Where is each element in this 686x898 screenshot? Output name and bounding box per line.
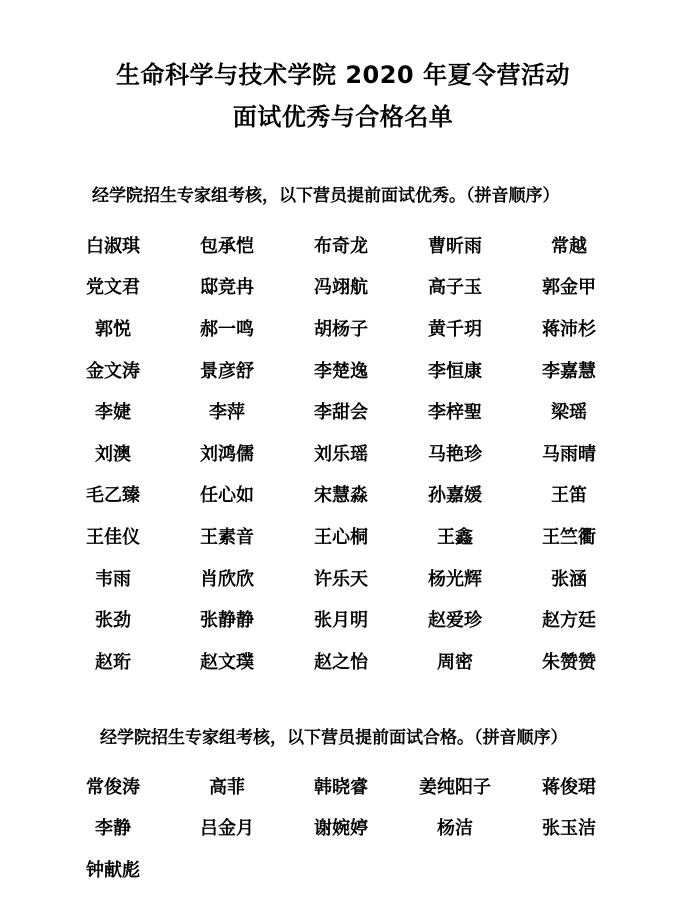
name-cell: 韩晓睿	[284, 773, 398, 799]
name-cell: 钟献彪	[56, 856, 170, 882]
name-cell: 李恒康	[398, 357, 512, 383]
qualified-name-grid: 常俊涛 高菲 韩晓睿 姜纯阳子 蒋俊珺 李静 吕金月 谢婉婷 杨洁 张玉洁 钟献…	[56, 765, 626, 890]
name-cell: 冯翊航	[284, 273, 398, 299]
name-cell: 刘澳	[56, 440, 170, 466]
name-cell: 许乐天	[284, 565, 398, 591]
name-cell: 吕金月	[170, 814, 284, 840]
name-cell: 王竺衢	[512, 523, 626, 549]
name-cell: 曹昕雨	[398, 232, 512, 258]
excellent-name-grid: 白淑琪 包承恺 布奇龙 曹昕雨 常越 党文君 邸竞冉 冯翊航 高子玉 郭金甲 郭…	[56, 224, 626, 682]
name-cell: 王鑫	[398, 523, 512, 549]
name-cell: 王心桐	[284, 523, 398, 549]
name-cell: 杨洁	[398, 814, 512, 840]
name-cell: 马雨晴	[512, 440, 626, 466]
name-cell: 王佳仪	[56, 523, 170, 549]
name-cell: 王素音	[170, 523, 284, 549]
name-cell: 谢婉婷	[284, 814, 398, 840]
name-row: 毛乙臻 任心如 宋慧淼 孙嘉媛 王笛	[56, 474, 626, 516]
name-row: 李静 吕金月 谢婉婷 杨洁 张玉洁	[56, 807, 626, 849]
name-cell: 包承恺	[170, 232, 284, 258]
name-row: 钟献彪	[56, 848, 626, 890]
name-cell: 韦雨	[56, 565, 170, 591]
name-cell: 毛乙臻	[56, 481, 170, 507]
name-cell: 孙嘉媛	[398, 481, 512, 507]
name-cell: 赵文璞	[170, 648, 284, 674]
name-row: 张劲 张静静 张月明 赵爱珍 赵方廷	[56, 598, 626, 640]
name-cell: 刘乐瑶	[284, 440, 398, 466]
name-cell: 白淑琪	[56, 232, 170, 258]
document-title-line2: 面试优秀与合格名单	[0, 97, 686, 132]
name-cell: 李萍	[170, 398, 284, 424]
name-cell: 李嘉慧	[512, 357, 626, 383]
name-cell: 李楚逸	[284, 357, 398, 383]
name-cell: 蒋沛杉	[512, 315, 626, 341]
name-cell: 赵珩	[56, 648, 170, 674]
name-cell: 肖欣欣	[170, 565, 284, 591]
name-cell: 李梓聖	[398, 398, 512, 424]
name-cell: 胡杨子	[284, 315, 398, 341]
name-row: 李婕 李萍 李甜会 李梓聖 梁瑶	[56, 390, 626, 432]
document-title-line1: 生命科学与技术学院 2020 年夏令营活动	[0, 55, 686, 90]
name-cell: 马艳珍	[398, 440, 512, 466]
name-cell: 高菲	[170, 773, 284, 799]
name-cell: 金文涛	[56, 357, 170, 383]
excellent-section-heading: 经学院招生专家组考核，以下营员提前面试优秀。（拼音顺序）	[92, 181, 560, 206]
name-cell: 杨光辉	[398, 565, 512, 591]
name-row: 党文君 邸竞冉 冯翊航 高子玉 郭金甲	[56, 266, 626, 308]
name-cell: 景彦舒	[170, 357, 284, 383]
qualified-section-heading: 经学院招生专家组考核，以下营员提前面试合格。（拼音顺序）	[100, 723, 568, 748]
name-cell: 梁瑶	[512, 398, 626, 424]
name-cell: 张静静	[170, 606, 284, 632]
name-cell: 郭悦	[56, 315, 170, 341]
name-cell: 郭金甲	[512, 273, 626, 299]
name-cell: 党文君	[56, 273, 170, 299]
name-cell: 蒋俊珺	[512, 773, 626, 799]
name-cell: 李婕	[56, 398, 170, 424]
name-cell: 黄千玥	[398, 315, 512, 341]
name-cell: 周密	[398, 648, 512, 674]
name-row: 刘澳 刘鸿儒 刘乐瑶 马艳珍 马雨晴	[56, 432, 626, 474]
name-cell: 宋慧淼	[284, 481, 398, 507]
name-cell: 姜纯阳子	[398, 773, 512, 799]
name-row: 王佳仪 王素音 王心桐 王鑫 王竺衢	[56, 515, 626, 557]
name-cell: 常俊涛	[56, 773, 170, 799]
name-cell: 任心如	[170, 481, 284, 507]
name-cell: 郝一鸣	[170, 315, 284, 341]
name-cell: 刘鸿儒	[170, 440, 284, 466]
name-cell: 赵之怡	[284, 648, 398, 674]
name-cell: 李静	[56, 814, 170, 840]
name-cell: 张涵	[512, 565, 626, 591]
name-cell: 赵方廷	[512, 606, 626, 632]
name-cell: 张劲	[56, 606, 170, 632]
name-row: 赵珩 赵文璞 赵之怡 周密 朱赞赞	[56, 640, 626, 682]
name-cell: 朱赞赞	[512, 648, 626, 674]
name-cell: 赵爱珍	[398, 606, 512, 632]
name-cell: 李甜会	[284, 398, 398, 424]
name-cell: 常越	[512, 232, 626, 258]
name-cell: 邸竞冉	[170, 273, 284, 299]
name-cell: 张月明	[284, 606, 398, 632]
name-cell: 王笛	[512, 481, 626, 507]
name-row: 常俊涛 高菲 韩晓睿 姜纯阳子 蒋俊珺	[56, 765, 626, 807]
name-row: 韦雨 肖欣欣 许乐天 杨光辉 张涵	[56, 557, 626, 599]
name-row: 金文涛 景彦舒 李楚逸 李恒康 李嘉慧	[56, 349, 626, 391]
name-row: 白淑琪 包承恺 布奇龙 曹昕雨 常越	[56, 224, 626, 266]
name-cell: 高子玉	[398, 273, 512, 299]
name-cell: 张玉洁	[512, 814, 626, 840]
name-cell: 布奇龙	[284, 232, 398, 258]
name-row: 郭悦 郝一鸣 胡杨子 黄千玥 蒋沛杉	[56, 307, 626, 349]
